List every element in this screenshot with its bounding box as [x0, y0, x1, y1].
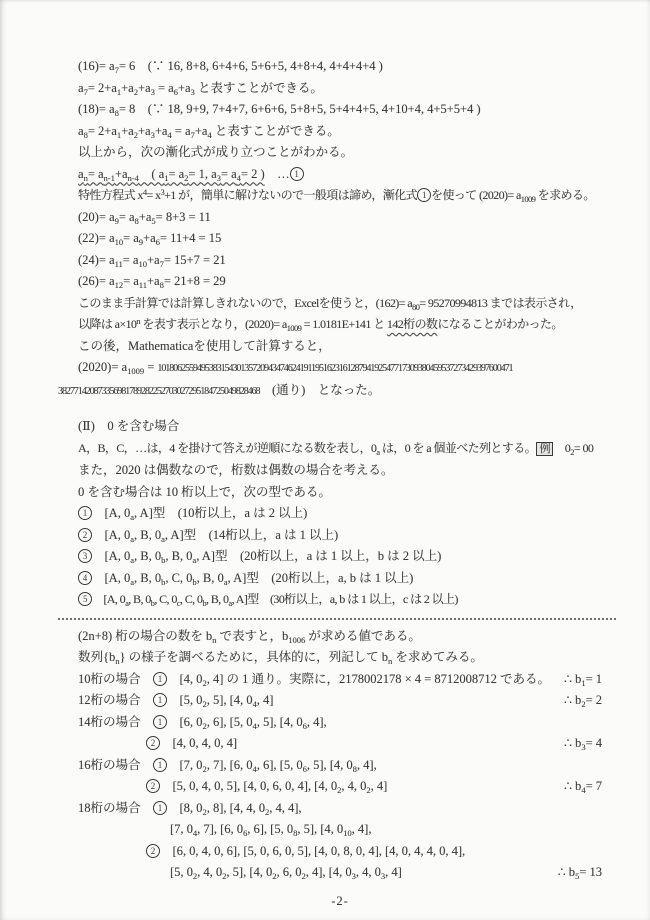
doc-line: この後，Mathematicaを使用して計算すると， — [78, 336, 602, 358]
line-text: 12桁の場合 1 [5, 02, 5], [4, 04, 4] — [78, 690, 273, 712]
case-line: 18桁の場合 1 [8, 02, 8], [4, 4, 02, 4, 4], — [78, 798, 602, 820]
case-line: 2 [6, 0, 4, 0, 6], [5, 0, 6, 0, 5], [4, … — [78, 841, 602, 863]
case-line: [5, 02, 4, 02, 5], [4, 02, 6, 02, 4], [4… — [78, 862, 602, 884]
big-number-line: 3827714208733569817892822527030272951847… — [58, 380, 602, 403]
document-content: (16)= a7= 6 (∵ 16, 8+8, 6+4+6, 5+6+5, 4+… — [78, 56, 602, 909]
line-text: 2 [4, 0, 4, 0, 4] — [146, 733, 237, 755]
scanned-page: (16)= a7= 6 (∵ 16, 8+8, 6+4+6, 5+6+5, 4+… — [0, 0, 650, 920]
type-list-item: 2 [A, 0a, B, 0a, A]型 (14桁以上，a は 1 以上) — [78, 525, 602, 547]
doc-line: 以降は a×10n を表す表示となり，(2020)= a1009 = 1.018… — [78, 314, 602, 336]
case-line: 14桁の場合 1 [6, 02, 6], [5, 04, 5], [4, 06,… — [78, 712, 602, 734]
doc-line: 特性方程式 x4= x3+1 が，簡単に解けないので一般項は諦め，漸化式1を使っ… — [78, 185, 602, 207]
doc-line: A，B，C，…は，4 を掛けて答えが逆順になる数を表し，0a は，0 を a 個… — [78, 438, 602, 461]
dotted-separator — [58, 618, 616, 620]
doc-line: (2n+8) 桁の場合の数を bn で表すと，b1006 が求める値である。 — [78, 626, 602, 648]
doc-line: (18)= a8= 8 (∵ 18, 9+9, 7+4+7, 6+6+6, 5+… — [78, 99, 602, 121]
case-line: 10桁の場合 1 [4, 02, 4] の 1 通り。実際に，217800217… — [78, 669, 602, 691]
big-number: 3827714208733569817892822527030272951847… — [58, 386, 259, 397]
section-heading: (Ⅱ) 0 を含む場合 — [78, 416, 602, 438]
line-result: ∴ b4= 7 — [564, 776, 602, 798]
type-list-item: 4 [A, 0a, B, 0b, C, 0b, B, 0a, A]型 (20桁以… — [78, 568, 602, 590]
doc-line: a8= 2+a1+a2+a3+a4 = a7+a4 と表すことができる。 — [78, 121, 602, 143]
type-list-item: 3 [A, 0a, B, 0b, B, 0a, A]型 (20桁以上，a は 1… — [78, 546, 602, 568]
line-text: [5, 02, 4, 02, 5], [4, 02, 6, 02, 4], [4… — [170, 862, 402, 884]
doc-line: a7= 2+a1+a2+a3 = a6+a3 と表すことができる。 — [78, 78, 602, 100]
line-text: (2020)= a1009 = — [78, 360, 157, 374]
doc-line: (26)= a12= a11+a8= 21+8 = 29 — [78, 271, 602, 293]
big-number-line: (2020)= a1009 = 101806255949538315430135… — [78, 357, 602, 380]
line-result: ∴ b1= 1 — [564, 669, 602, 691]
type-list-item: 1 [A, 0a, A]型 (10桁以上，a は 2 以上) — [78, 503, 602, 525]
doc-line: 数列{bn} の様子を調べるために，具体的に，列記して bn を求めてみる。 — [78, 647, 602, 669]
doc-line: (16)= a7= 6 (∵ 16, 8+8, 6+4+6, 5+6+5, 4+… — [78, 56, 602, 78]
case-line: 2 [4, 0, 4, 0, 4]∴ b3= 4 — [78, 733, 602, 755]
case-line: [7, 04, 7], [6, 06, 6], [5, 08, 5], [4, … — [78, 819, 602, 841]
big-number: 1018062559495383154301357209434746241911… — [157, 363, 512, 374]
case-line: 12桁の場合 1 [5, 02, 5], [4, 04, 4]∴ b2= 2 — [78, 690, 602, 712]
line-text: (通り) となった。 — [259, 383, 380, 397]
doc-line: (24)= a11= a10+a7= 15+7 = 21 — [78, 250, 602, 272]
doc-line: また，2020 は偶数なので，桁数は偶数の場合を考える。 — [78, 460, 602, 482]
line-result: ∴ b3= 4 — [564, 733, 602, 755]
doc-line: (22)= a10= a9+a6= 11+4 = 15 — [78, 228, 602, 250]
line-result: ∴ b2= 2 — [564, 690, 602, 712]
type-list-item: 5 [A, 0a, B, 0b, C, 0c, C, 0b, B, 0a, A]… — [78, 589, 602, 611]
case-line: 16桁の場合 1 [7, 02, 7], [6, 04, 6], [5, 06,… — [78, 755, 602, 777]
recurrence-equation: an= an-1+an-4 ( a1= a2= 1, a3= a4= 2 ) …… — [78, 164, 602, 186]
line-text: 2 [5, 0, 4, 0, 5], [4, 0, 6, 0, 4], [4, … — [146, 776, 387, 798]
page-number: -2- — [78, 894, 602, 909]
doc-line: 以上から，次の漸化式が成り立つことがわかる。 — [78, 142, 602, 164]
case-line: 2 [5, 0, 4, 0, 5], [4, 0, 6, 0, 4], [4, … — [78, 776, 602, 798]
doc-line: 0 を含む場合は 10 桁以上で，次の型である。 — [78, 482, 602, 504]
doc-line: (20)= a9= a8+a5= 8+3 = 11 — [78, 207, 602, 229]
line-text: 10桁の場合 1 [4, 02, 4] の 1 通り。実際に，217800217… — [78, 669, 550, 691]
doc-line: このまま手計算では計算しきれないので，Excelを使うと，(162)= a80=… — [78, 293, 602, 315]
line-result: ∴ b5= 13 — [558, 862, 602, 884]
